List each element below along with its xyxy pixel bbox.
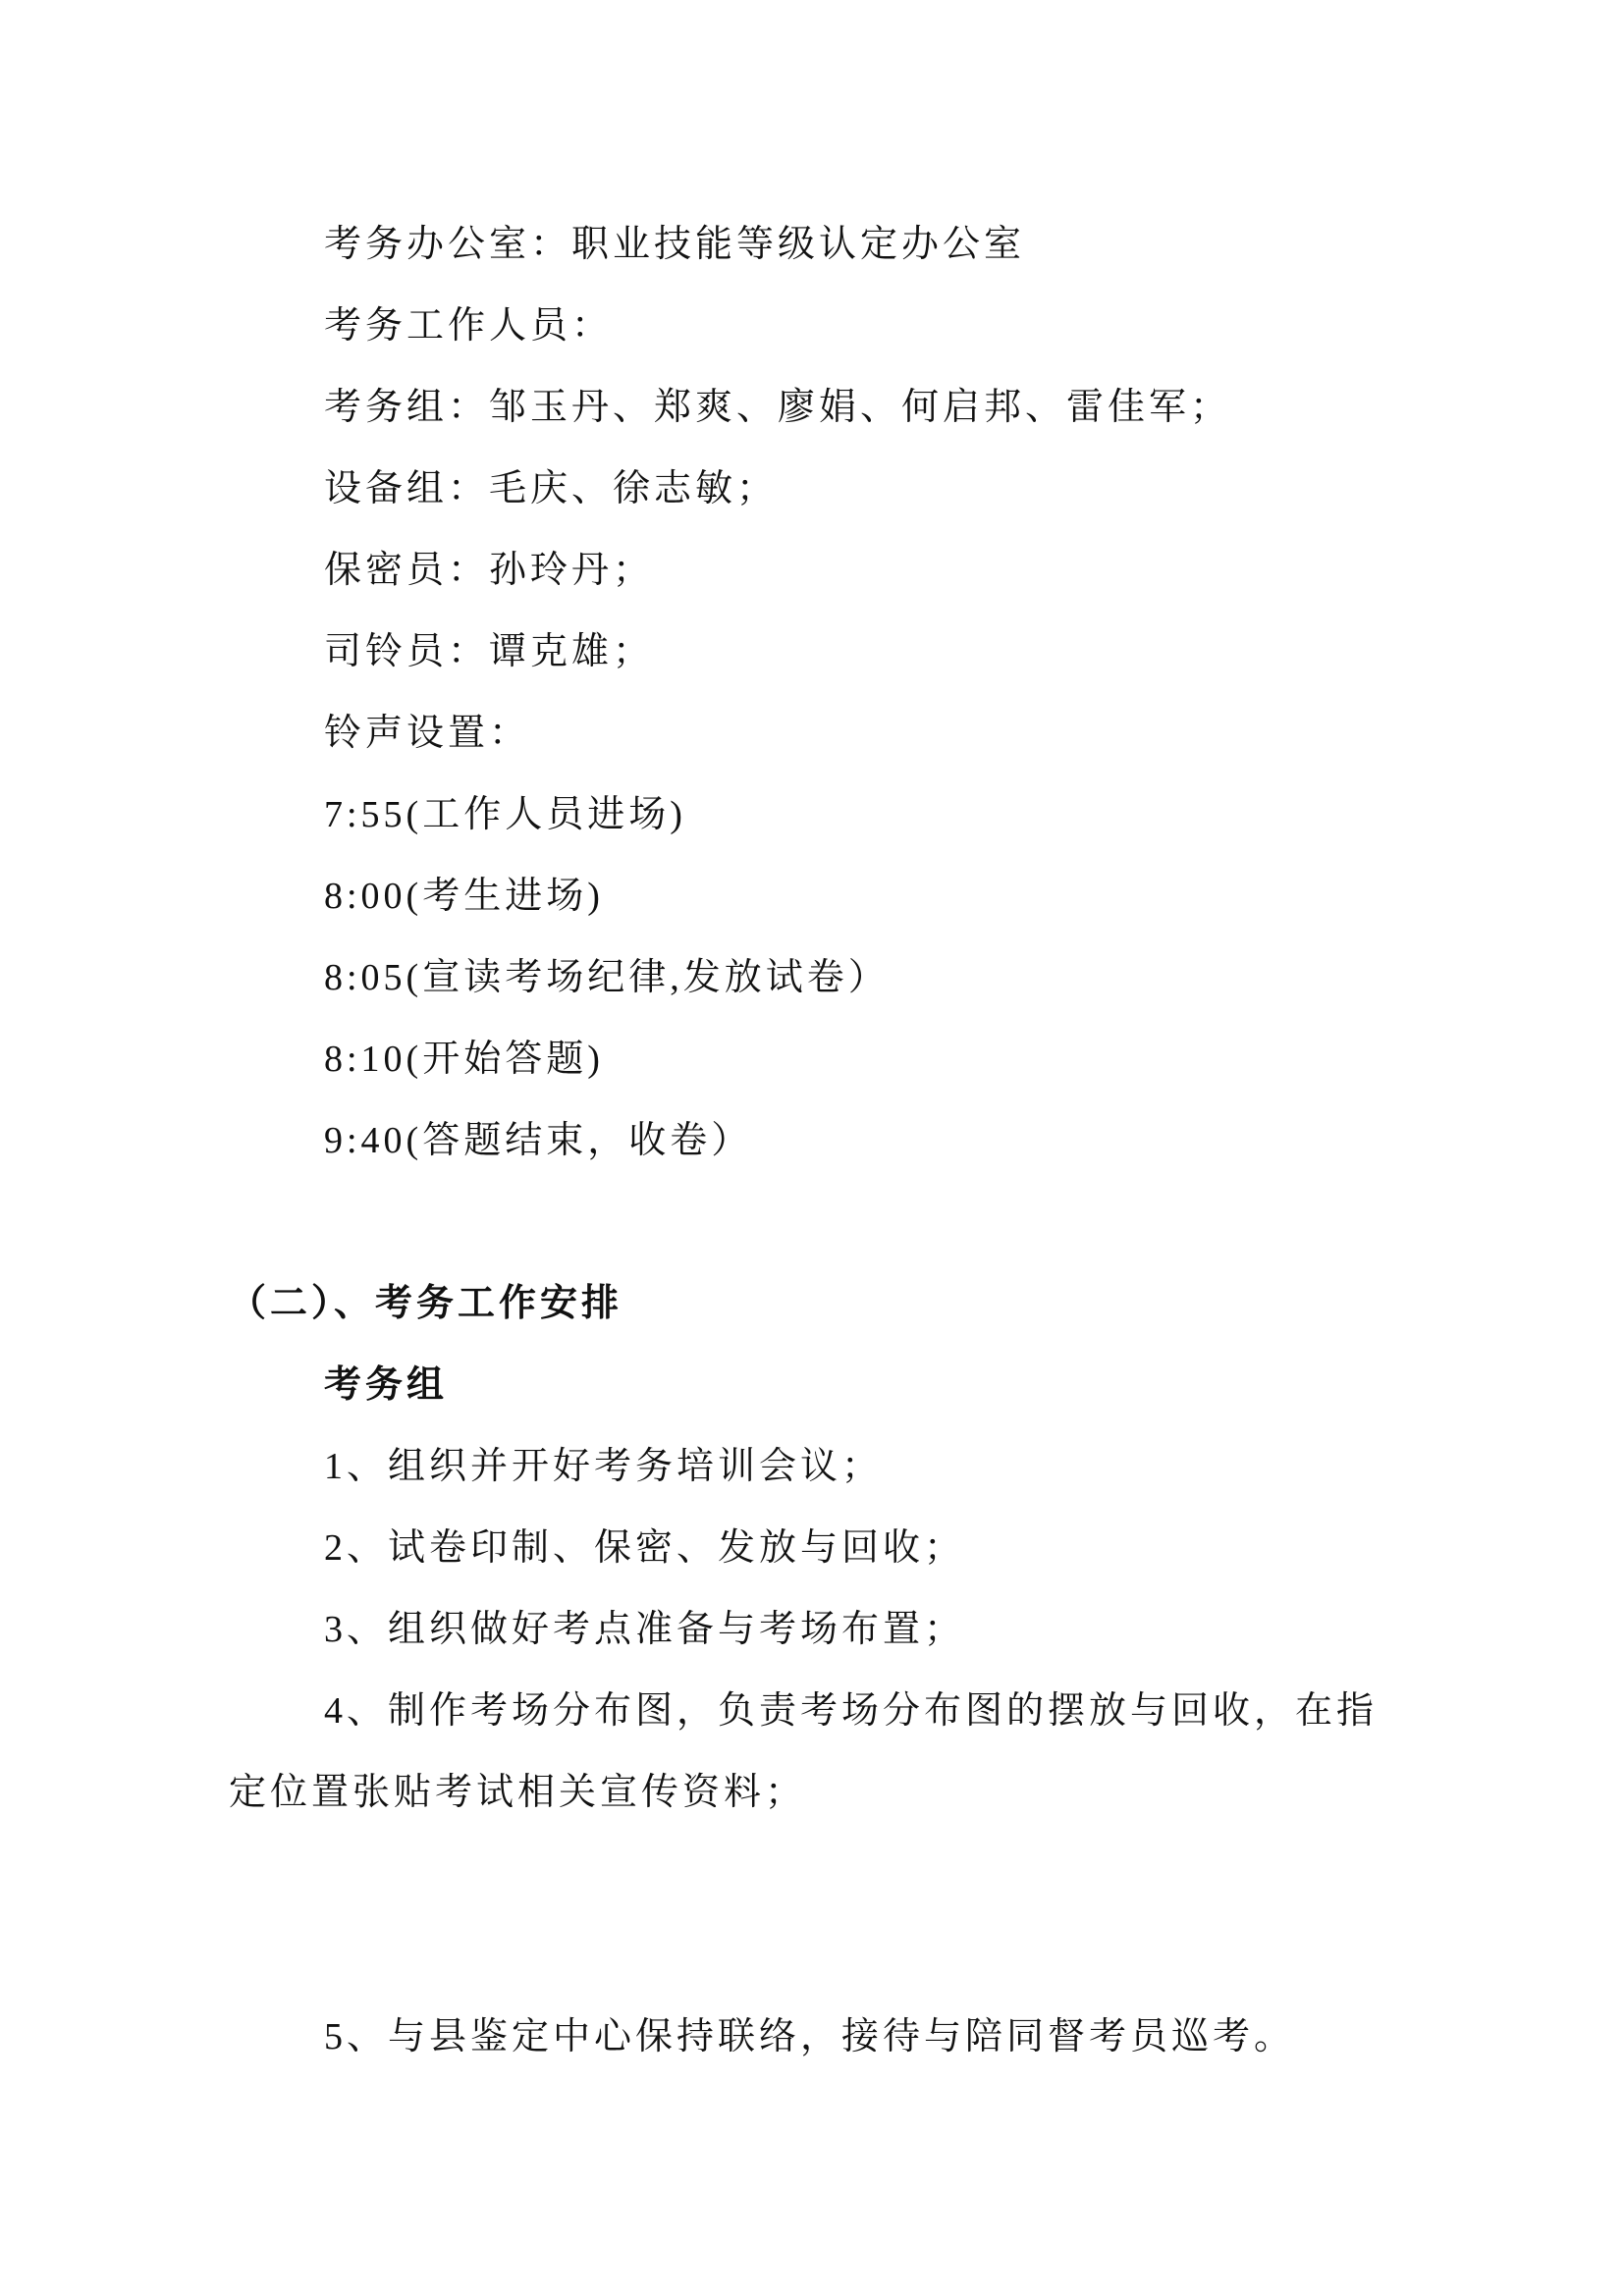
line-exam-group: 考务组：邹玉丹、郑爽、廖娟、何启邦、雷佳军； [229,367,1395,449]
document-page: 考务办公室：职业技能等级认定办公室 考务工作人员： 考务组：邹玉丹、郑爽、廖娟、… [0,0,1624,2296]
task-item: 4、制作考场分布图，负责考场分布图的摆放与回收，在指定位置张贴考试相关宣传资料； [229,1671,1395,1834]
line-staff-label: 考务工作人员： [229,286,1395,367]
blank-lines [229,1834,1395,1997]
blank-line [229,1182,1395,1263]
line-bell-settings-label: 铃声设置： [229,693,1395,774]
line-exam-office: 考务办公室：职业技能等级认定办公室 [229,204,1395,286]
task-item: 3、组织做好考点准备与考场布置； [229,1589,1395,1671]
bell-time-item: 7:55(工作人员进场) [229,774,1395,856]
section-subheading: 考务组 [229,1345,1395,1426]
line-secrecy-officer: 保密员：孙玲丹； [229,530,1395,612]
line-bell-operator: 司铃员：谭克雄； [229,612,1395,693]
task-item: 2、试卷印制、保密、发放与回收； [229,1508,1395,1589]
bell-time-item: 8:05(宣读考场纪律,发放试卷） [229,937,1395,1019]
bell-time-item: 8:00(考生进场) [229,856,1395,937]
bell-time-item: 8:10(开始答题) [229,1019,1395,1100]
bell-time-item: 9:40(答题结束，收卷） [229,1100,1395,1182]
section-heading: （二）、考务工作安排 [229,1263,1395,1345]
task-item: 5、与县鉴定中心保持联络，接待与陪同督考员巡考。 [229,1997,1395,2078]
task-item: 1、组织并开好考务培训会议； [229,1426,1395,1508]
document-content: 考务办公室：职业技能等级认定办公室 考务工作人员： 考务组：邹玉丹、郑爽、廖娟、… [229,204,1395,2078]
line-equipment-group: 设备组：毛庆、徐志敏； [229,449,1395,530]
